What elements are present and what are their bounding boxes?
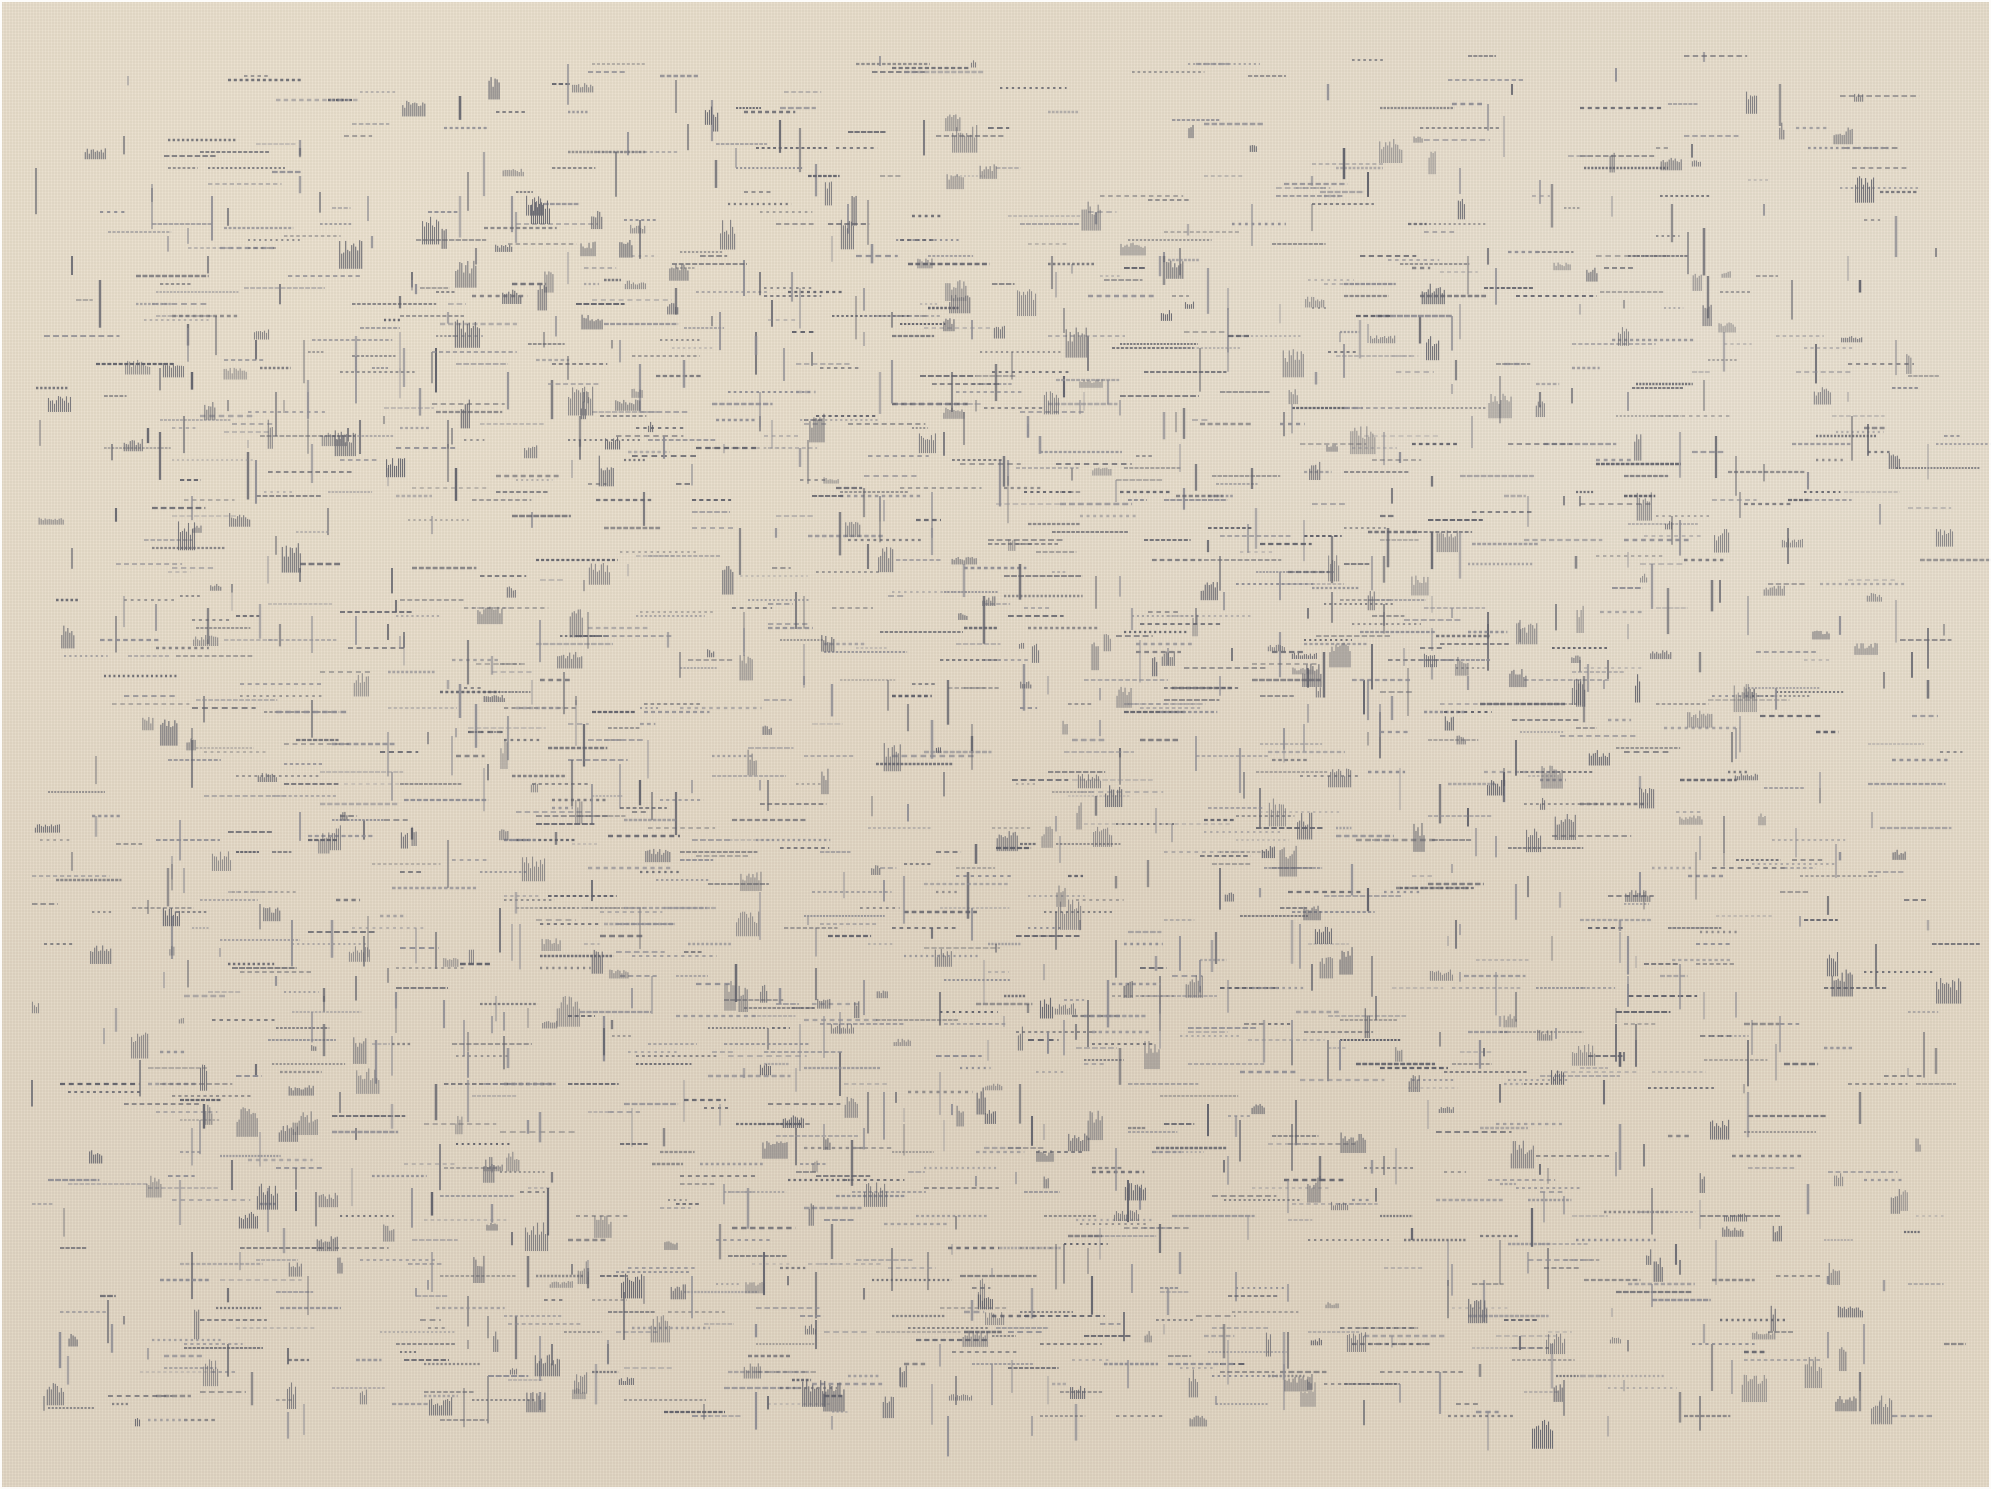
rug-photo bbox=[0, 0, 1991, 1489]
crackle-pattern bbox=[0, 0, 1991, 1489]
